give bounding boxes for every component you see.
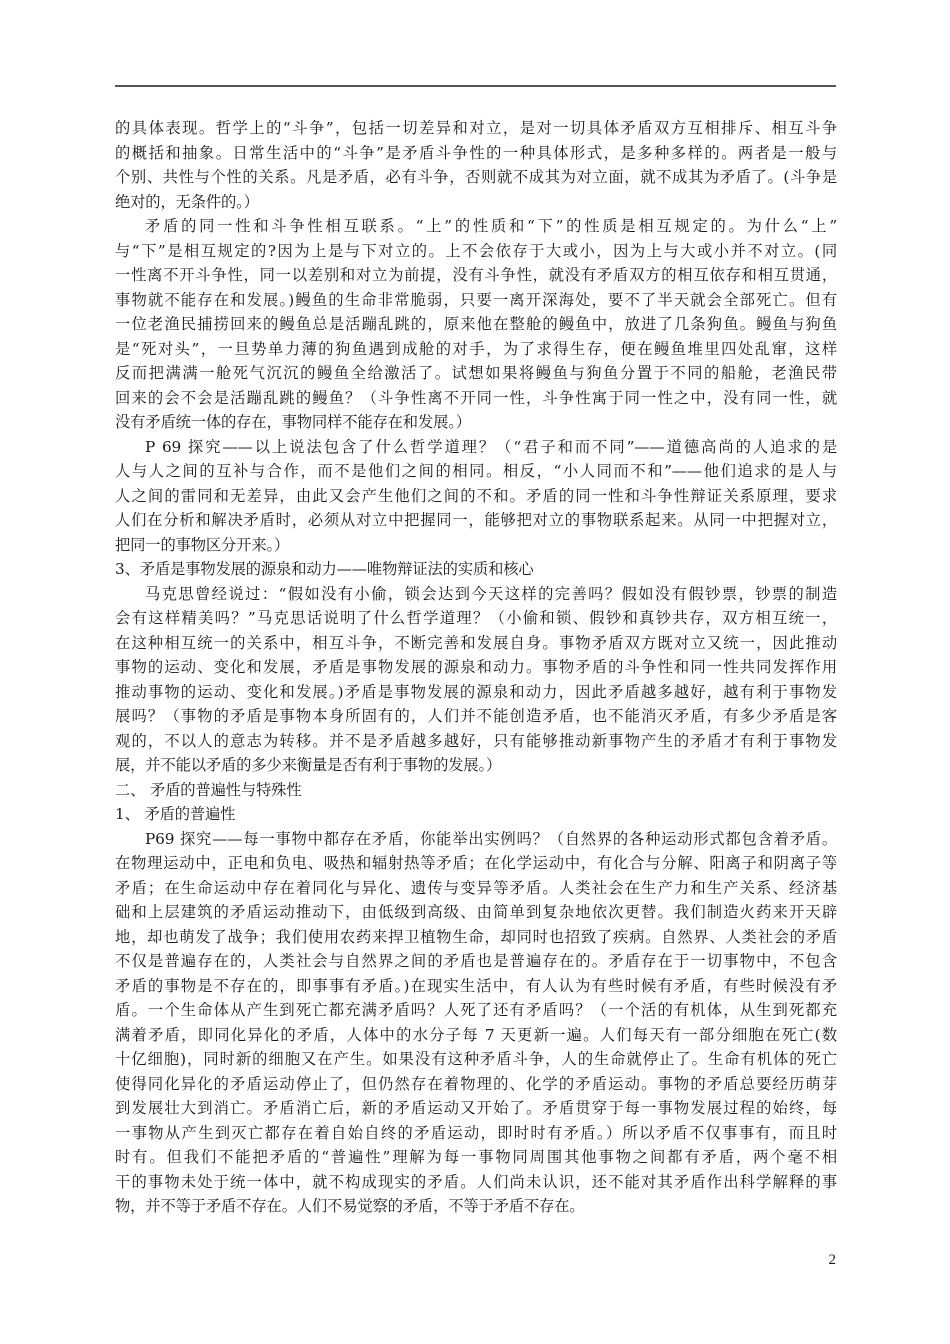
text-line: 的具体表现。哲学上的“斗争”，包括一切差异和对立，是对一切具体矛盾双方互相排斥、… (115, 116, 837, 141)
text-line: 1、 矛盾的普遍性 (115, 802, 837, 827)
text-line: 把同一的事物区分开来。） (115, 533, 837, 558)
text-line: 一事物从产生到灭亡都存在着自始自终的矛盾运动，即时时有矛盾。）所以矛盾不仅事事有… (115, 1121, 837, 1146)
text-line: 事物的运动、变化和发展，矛盾是事物发展的源泉和动力。事物矛盾的斗争性和同一性共同… (115, 655, 837, 680)
text-line: 人与人之间的互补与合作，而不是他们之间的相同。相反，“小人同而不和”——他们追求… (115, 459, 837, 484)
text-line: 时有。但我们不能把矛盾的“普遍性”理解为每一事物同周围其他事物之间都有矛盾，两个… (115, 1145, 837, 1170)
text-line: 反而把满满一舱死气沉沉的鳗鱼全给激活了。试想如果将鳗鱼与狗鱼分置于不同的船舱，老… (115, 361, 837, 386)
text-line: 物，并不等于矛盾不存在。人们不易觉察的矛盾，不等于矛盾不存在。 (115, 1194, 837, 1219)
text-line: 没有矛盾统一体的存在，事物同样不能存在和发展。） (115, 410, 837, 435)
text-line: 人们在分析和解决矛盾时，必须从对立中把握同一，能够把对立的事物联系起来。从同一中… (115, 508, 837, 533)
text-line: 绝对的，无条件的。） (115, 190, 837, 215)
text-line: 不仅是普遍存在的，人类社会与自然界之间的矛盾也是普遍存在的。矛盾存在于一切事物中… (115, 949, 837, 974)
text-line: 使得同化异化的矛盾运动停止了，但仍然存在着物理的、化学的矛盾运动。事物的矛盾总要… (115, 1072, 837, 1097)
text-line: 一性离不开斗争性，同一以差别和对立为前提，没有斗争性，就没有矛盾双方的相互依存和… (115, 263, 837, 288)
text-line: 满着矛盾，即同化异化的矛盾，人体中的水分子每 7 天更新一遍。人们每天有一部分细… (115, 1023, 837, 1048)
text-line: 展，并不能以矛盾的多少来衡量是否有利于事物的发展。） (115, 753, 837, 778)
text-line: 是“死对头”，一旦势单力薄的狗鱼遇到成舱的对手，为了求得生存，便在鳗鱼堆里四处乱… (115, 337, 837, 362)
text-line: 础和上层建筑的矛盾运动推动下，由低级到高级、由简单到复杂地依次更替。我们制造火药… (115, 900, 837, 925)
text-line: 马克思曾经说过：“假如没有小偷，锁会达到今天这样的完善吗？假如没有假钞票，钞票的… (115, 582, 837, 607)
text-line: 干的事物未处于统一体中，就不构成现实的矛盾。人们尚未认识，还不能对其矛盾作出科学… (115, 1170, 837, 1195)
text-line: P 69 探究——以上说法包含了什么哲学道理？（“君子和而不同”——道德高尚的人… (115, 435, 837, 460)
text-line: 3、矛盾是事物发展的源泉和动力——唯物辩证法的实质和核心 (115, 557, 837, 582)
text-line: 矛盾的同一性和斗争性相互联系。“上”的性质和“下”的性质是相互规定的。为什么“上… (115, 214, 837, 239)
text-line: 个别、共性与个性的关系。凡是矛盾，必有斗争，否则就不成其为对立面，就不成其为矛盾… (115, 165, 837, 190)
page-number: 2 (790, 1252, 836, 1269)
text-line: 会有这样精美吗？”马克思话说明了什么哲学道理？（小偷和锁、假钞和真钞共存，双方相… (115, 606, 837, 631)
text-line: 推动事物的运动、变化和发展。)矛盾是事物发展的源泉和动力，因此矛盾越多越好，越有… (115, 680, 837, 705)
text-line: 在物理运动中，正电和负电、吸热和辐射热等矛盾；在化学运动中，有化合与分解、阳离子… (115, 851, 837, 876)
text-line: 展吗？（事物的矛盾是事物本身所固有的，人们并不能创造矛盾，也不能消灭矛盾，有多少… (115, 704, 837, 729)
text-line: 地，却也萌发了战争；我们使用农药来捍卫植物生命，却同时也招致了疾病。自然界、人类… (115, 925, 837, 950)
text-line: P69 探究——每一事物中都存在矛盾，你能举出实例吗？（自然界的各种运动形式都包… (115, 827, 837, 852)
text-line: 十亿细胞)，同时新的细胞又在产生。如果没有这种矛盾斗争，人的生命就停止了。生命有… (115, 1047, 837, 1072)
text-line: 观的，不以人的意志为转移。并不是矛盾越多越好，只有能够推动新事物产生的矛盾才有利… (115, 729, 837, 754)
header-rule (115, 85, 836, 87)
text-line: 事物就不能存在和发展。)鳗鱼的生命非常脆弱，只要一离开深海处，要不了半天就会全部… (115, 288, 837, 313)
text-line: 一位老渔民捕捞回来的鳗鱼总是活蹦乱跳的，原来他在整舱的鳗鱼中，放进了几条狗鱼。鳗… (115, 312, 837, 337)
text-line: 人之间的雷同和无差异，由此又会产生他们之间的不和。矛盾的同一性和斗争性辩证关系原… (115, 484, 837, 509)
text-line: 盾。一个生命体从产生到死亡都充满矛盾吗？人死了还有矛盾吗？（一个活的有机体，从生… (115, 998, 837, 1023)
text-line: 到发展壮大到消亡。矛盾消亡后，新的矛盾运动又开始了。矛盾贯穿于每一事物发展过程的… (115, 1096, 837, 1121)
text-line: 矛盾的事物是不存在的，即事事有矛盾。)在现实生活中，有人认为有些时候有矛盾，有些… (115, 974, 837, 999)
text-line: 在这种相互统一的关系中，相互斗争，不断完善和发展自身。事物矛盾双方既对立又统一，… (115, 631, 837, 656)
text-line: 二、 矛盾的普遍性与特殊性 (115, 778, 837, 803)
document-body: 的具体表现。哲学上的“斗争”，包括一切差异和对立，是对一切具体矛盾双方互相排斥、… (115, 116, 837, 1219)
text-line: 与“下”是相互规定的?因为上是与下对立的。上不会依存于大或小，因为上与大或小并不… (115, 239, 837, 264)
text-line: 矛盾；在生命运动中存在着同化与异化、遗传与变异等矛盾。人类社会在生产力和生产关系… (115, 876, 837, 901)
text-line: 的概括和抽象。日常生活中的“斗争”是矛盾斗争性的一种具体形式，是多种多样的。两者… (115, 141, 837, 166)
text-line: 回来的会不会是活蹦乱跳的鳗鱼？（斗争性离不开同一性，斗争性寓于同一性之中，没有同… (115, 386, 837, 411)
